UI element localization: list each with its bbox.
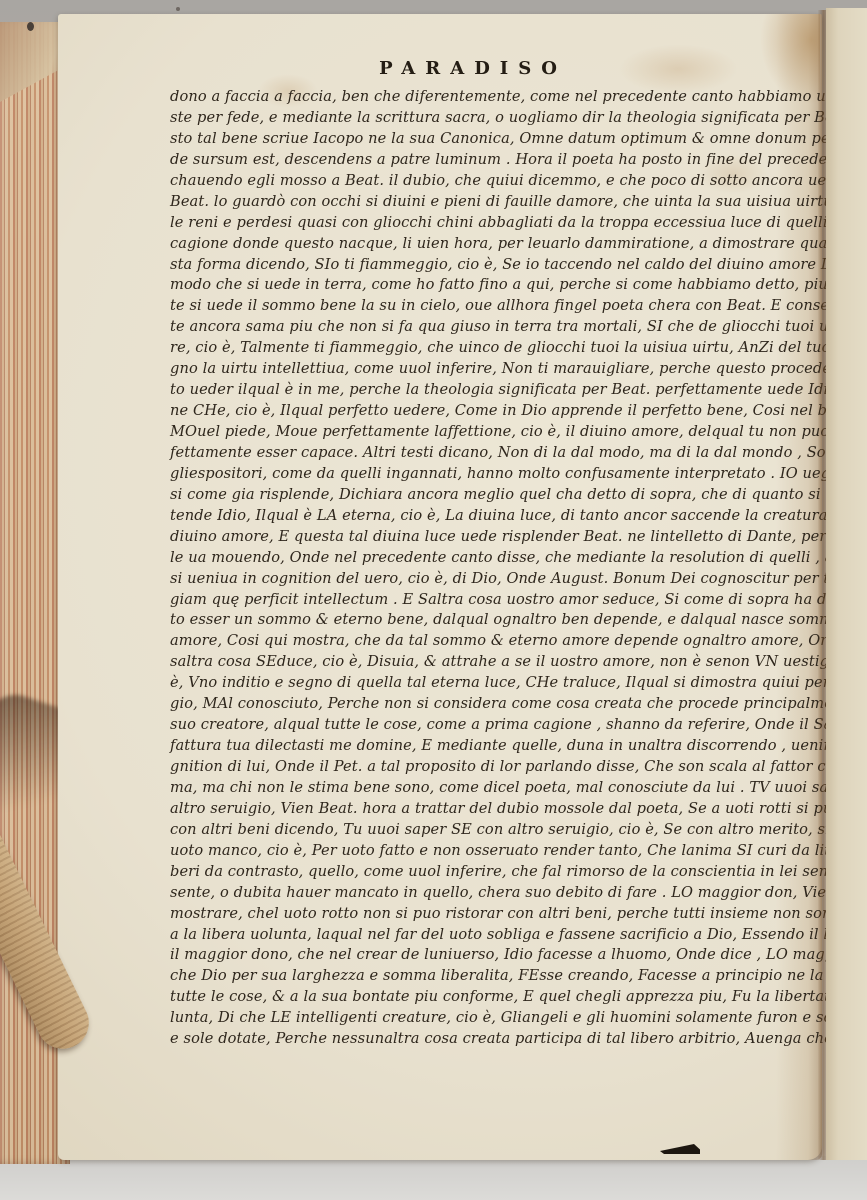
text-line: tutte le cose, & a la sua bontate piu co… [170,987,824,1008]
text-line: altro seruigio, Vien Beat. hora a tratta… [170,799,824,820]
text-line: ste per fede, e mediante la scrittura sa… [170,108,824,129]
text-line: ne CHe, cio è, Ilqual perfetto uedere, C… [170,401,824,422]
text-line: sto tal bene scriue Iacopo ne la sua Can… [170,129,824,150]
text-line: te si uede il sommo bene la su in cielo,… [170,296,824,317]
text-line: to esser un sommo & eterno bene, dalqual… [170,610,824,631]
text-line: amore, Cosi qui mostra, che da tal sommo… [170,631,824,652]
text-line: chauendo egli mosso a Beat. il dubio, ch… [170,171,824,192]
text-block: PARADISO dono a faccia a faccia, ben che… [170,58,824,1050]
text-line: saltra cosa SEduce, cio è, Disuia, & att… [170,652,824,673]
text-line: gliespositori, come da quelli ingannati,… [170,464,824,485]
text-line: è, Vno inditio e segno di quella tal ete… [170,673,824,694]
text-line: modo che si uede in terra, come ho fatto… [170,275,824,296]
text-line: te ancora sama piu che non si fa qua giu… [170,317,824,338]
text-line: a la libera uolunta, laqual nel far del … [170,925,824,946]
open-page: PARADISO dono a faccia a faccia, ben che… [58,14,822,1160]
text-line: le reni e perdesi quasi con gliocchi chi… [170,213,824,234]
text-line: che Dio per sua larghezza e somma libera… [170,966,824,987]
text-line: re, cio è, Talmente ti fiammeggio, che u… [170,338,824,359]
text-line: il maggior dono, che nel crear de luniue… [170,945,824,966]
text-line: Beat. lo guardò con occhi si diuini e pi… [170,192,824,213]
text-line: si ueniua in cognition del uero, cio è, … [170,569,824,590]
text-line: gio, MAl conosciuto, Perche non si consi… [170,694,824,715]
text-line: sta forma dicendo, SIo ti fiammeggio, ci… [170,255,824,276]
text-line: fettamente esser capace. Altri testi dic… [170,443,824,464]
text-line: to ueder ilqual è in me, perche la theol… [170,380,824,401]
text-line: de sursum est, descendens a patre luminu… [170,150,824,171]
commentary-text: dono a faccia a faccia, ben che diferent… [170,87,824,1050]
text-line: si come gia risplende, Dichiara ancora m… [170,485,824,506]
text-line: con altri beni dicendo, Tu uuoi saper SE… [170,820,824,841]
text-line: gno la uirtu intellettiua, come uuol inf… [170,359,824,380]
running-title: PARADISO [146,58,800,79]
text-line: diuino amore, E questa tal diuina luce u… [170,527,824,548]
dust-speck [176,7,180,11]
text-line: beri da contrasto, quello, come uuol inf… [170,862,824,883]
text-line: lunta, Di che LE intelligenti creature, … [170,1008,824,1029]
text-line: suo creatore, alqual tutte le cose, come… [170,715,824,736]
text-line: sente, o dubita hauer mancato in quello,… [170,883,824,904]
text-line: MOuel piede, Moue perfettamente laffetti… [170,422,824,443]
text-line: cagione donde questo nacque, li uien hor… [170,234,824,255]
text-line: gnition di lui, Onde il Pet. a tal propo… [170,757,824,778]
book-photograph: PARADISO dono a faccia a faccia, ben che… [0,0,867,1200]
text-line: fattura tua dilectasti me domine, E medi… [170,736,824,757]
text-line: dono a faccia a faccia, ben che diferent… [170,87,824,108]
facing-page-sliver [826,8,867,1160]
text-line: le ua mouendo, Onde nel precedente canto… [170,548,824,569]
text-line: uoto manco, cio è, Per uoto fatto e non … [170,841,824,862]
text-line: ma, ma chi non le stima bene sono, come … [170,778,824,799]
text-line: e sole dotate, Perche nessunaltra cosa c… [170,1029,824,1050]
text-line: giam quę perficit intellectum . E Saltra… [170,590,824,611]
table-surface [0,1156,867,1200]
dust-speck [27,22,34,31]
text-line: mostrare, chel uoto rotto non si puo ris… [170,904,824,925]
text-line: tende Idio, Ilqual è LA eterna, cio è, L… [170,506,824,527]
